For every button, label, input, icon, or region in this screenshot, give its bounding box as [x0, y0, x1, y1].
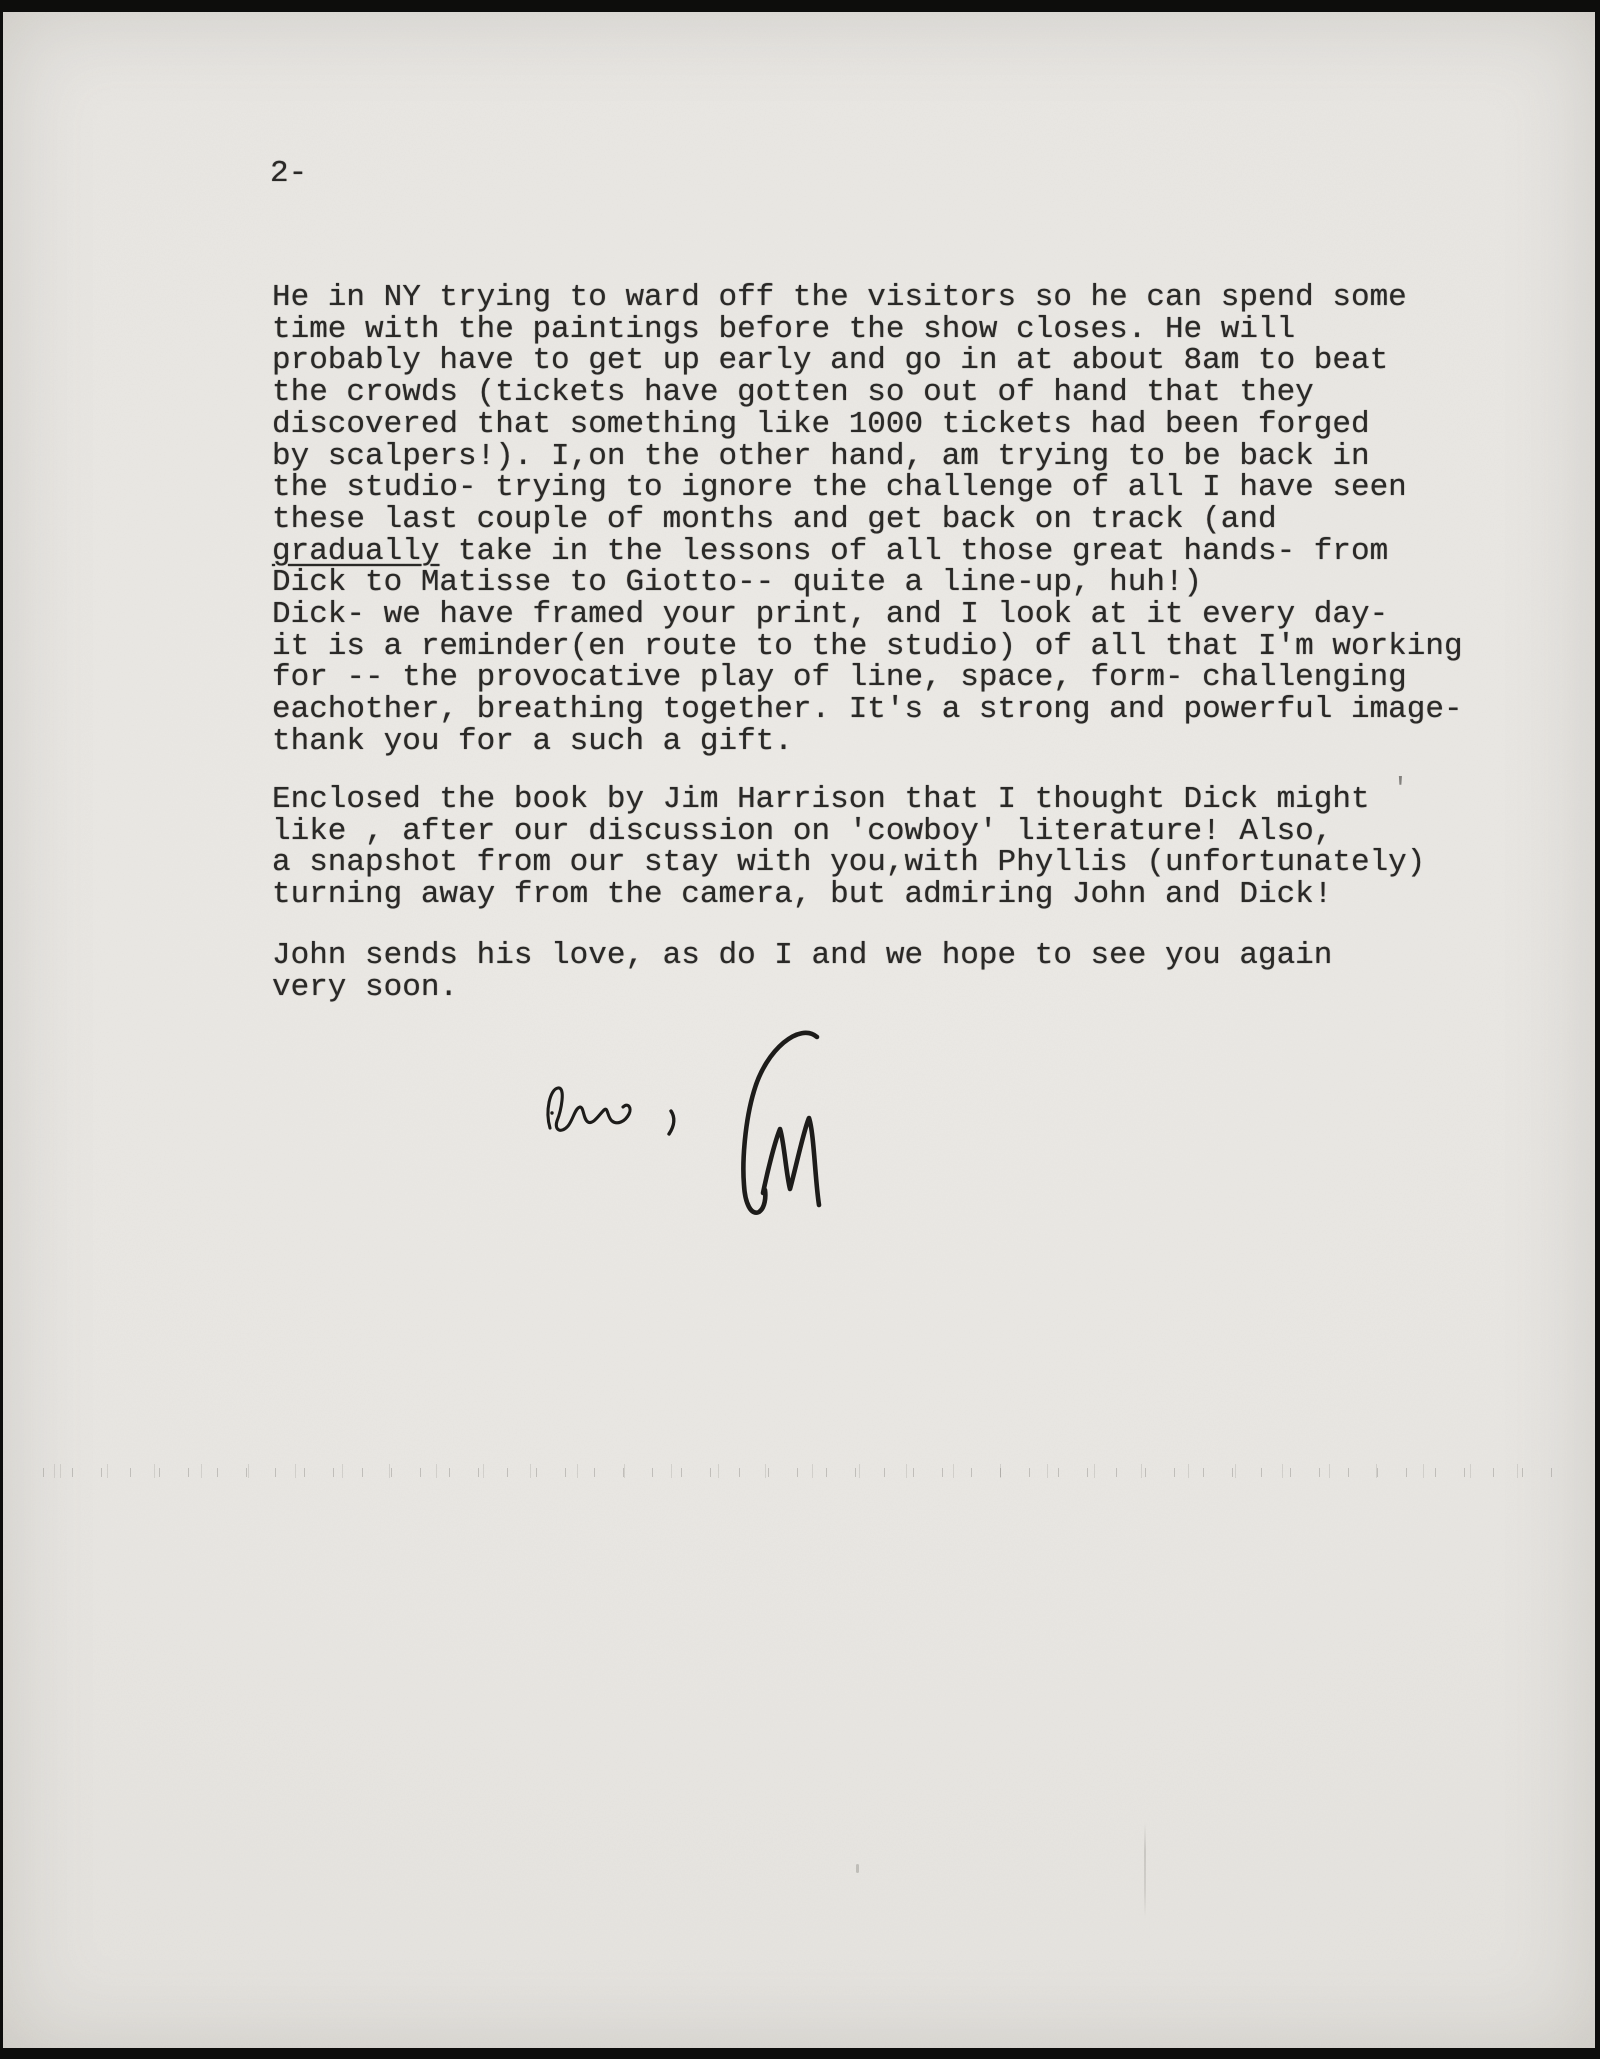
signature-love-word	[548, 1088, 630, 1130]
signature-comma	[669, 1111, 674, 1134]
signature-jill-ill-stroke	[763, 1118, 819, 1205]
paragraph-enclosures: Enclosed the book by Jim Harrison that I…	[272, 784, 1425, 911]
scan-edge-left	[0, 0, 3, 2059]
scan-edge-right	[1595, 0, 1600, 2059]
stray-ink-mark: '	[1392, 774, 1409, 805]
signature-handwriting	[523, 1016, 853, 1231]
paragraph-body-text-before: He in NY trying to ward off the visitors…	[272, 280, 1407, 537]
scan-scratch-artifact	[1144, 1823, 1146, 1918]
page-number: 2-	[270, 158, 307, 190]
ink-smudge-artifact	[856, 1864, 859, 1873]
scanned-letter-page-2: 2- He in NY trying to ward off the visit…	[0, 0, 1600, 2059]
scan-edge-top	[0, 0, 1600, 12]
paper-crease-artifact	[43, 1461, 1553, 1483]
scan-edge-bottom	[0, 2048, 1600, 2059]
paragraph-body-text-after: take in the lessons of all those great h…	[272, 534, 1463, 759]
signature-ink-dot	[550, 1111, 553, 1114]
underlined-word: gradually	[272, 534, 439, 569]
paragraph-body: He in NY trying to ward off the visitors…	[272, 282, 1463, 758]
paragraph-closing: John sends his love, as do I and we hope…	[272, 940, 1332, 1003]
letter-paper: 2- He in NY trying to ward off the visit…	[3, 11, 1595, 2050]
